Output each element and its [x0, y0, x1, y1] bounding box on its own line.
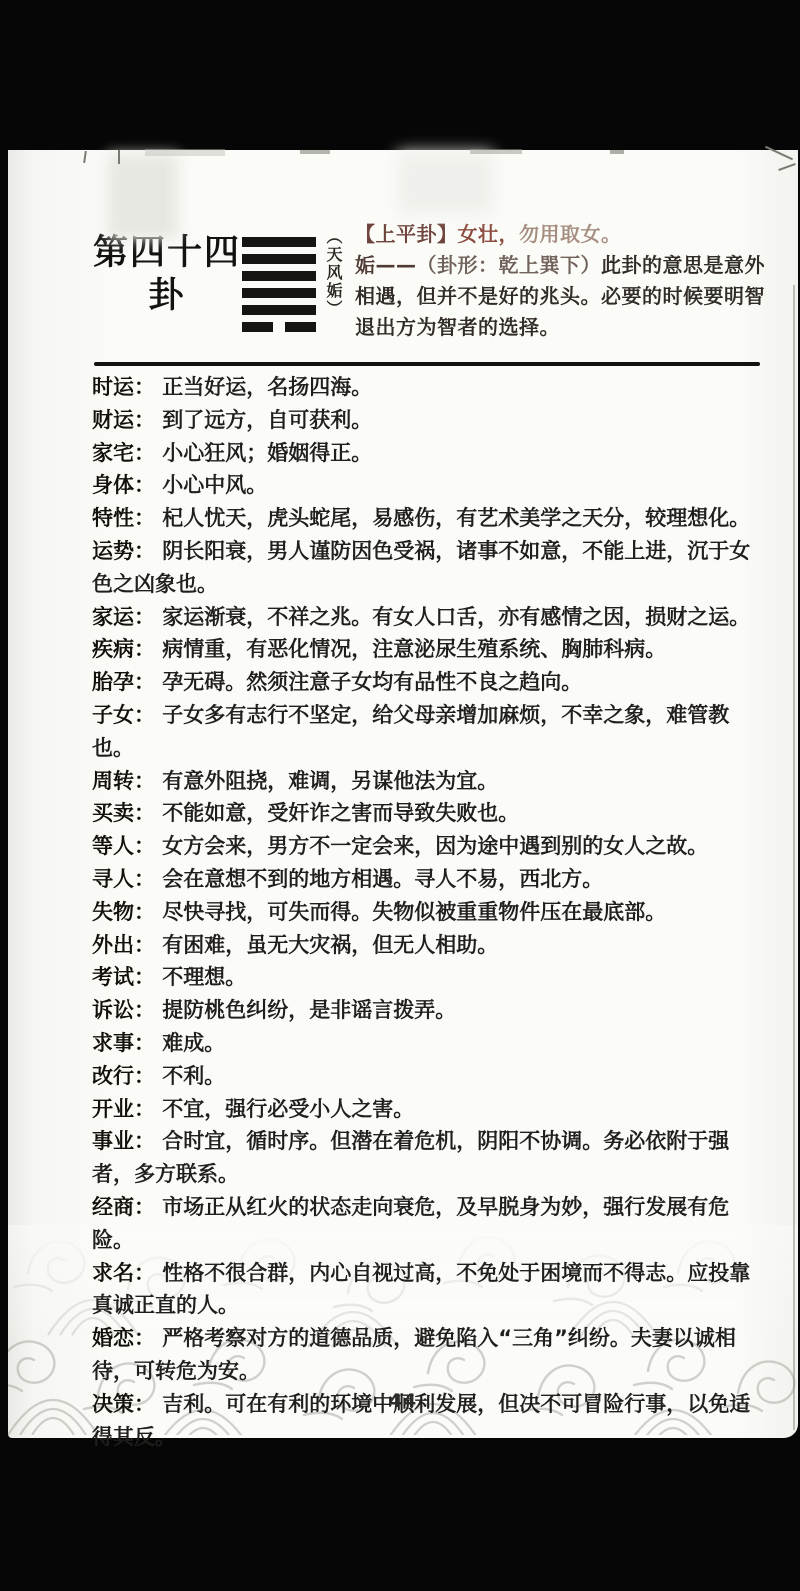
header-divider-rule [94, 362, 760, 366]
entry-row: 家运： 家运渐衰，不祥之兆。有女人口舌，亦有感情之因，损财之运。 [92, 601, 760, 634]
hexagram-line-yin [242, 322, 316, 332]
entry-text: 小心中风。 [155, 473, 267, 497]
entry-text: 杞人忧天，虎头蛇尾，易感伤，有艺术美学之天分，较理想化。 [155, 506, 750, 530]
entry-text: 家运渐衰，不祥之兆。有女人口舌，亦有感情之因，损财之运。 [155, 605, 750, 629]
entry-label: 家运： [92, 605, 155, 629]
entry-label: 子女： [92, 703, 155, 727]
entry-label: 等人： [92, 834, 155, 858]
entry-label: 周转： [92, 769, 155, 793]
entry-text: 市场正从红火的状态走向衰危，及早脱身为妙，强行发展有危险。 [92, 1195, 729, 1252]
entry-text: 难成。 [155, 1031, 225, 1055]
entry-text: 不利。 [155, 1064, 225, 1088]
entry-text: 性格不很合群，内心自视过高，不免处于困境而不得志。应投靠真诚正直的人。 [92, 1261, 750, 1318]
scan-artifact [118, 150, 120, 164]
entry-row: 子女： 子女多有志行不坚定，给父母亲增加麻烦，不幸之象，难管教也。 [92, 699, 760, 765]
hexagram-name-vertical: （天风姤） [322, 228, 345, 348]
hexagram-symbol [242, 237, 316, 339]
entry-label: 财运： [92, 408, 155, 432]
oracle-text-faded: 勿用取女。 [519, 222, 622, 246]
entry-label: 开业： [92, 1097, 155, 1121]
entry-row: 婚恋： 严格考察对方的道德品质，避免陷入“三角”纠纷。夫妻以诚相待，可转危为安。 [92, 1322, 760, 1388]
entry-label: 寻人： [92, 867, 155, 891]
entry-text: 不能如意，受奸诈之害而导致失败也。 [155, 801, 519, 825]
entry-text: 小心狂风；婚姻得正。 [155, 441, 372, 465]
entry-row: 求事： 难成。 [92, 1027, 760, 1060]
entry-row: 改行： 不利。 [92, 1060, 760, 1093]
chapter-title: 第四十四 卦 [92, 232, 242, 318]
entry-row: 等人： 女方会来，男方不一定会来，因为途中遇到别的女人之故。 [92, 830, 760, 863]
entry-label: 事业： [92, 1129, 155, 1153]
entry-text: 病情重，有恶化情况，注意泌尿生殖系统、胸肺科病。 [155, 637, 666, 661]
scanned-book-page: 第四十四 卦 （天风姤） 【上平卦】女壮，勿用取女。 姤——（卦形：乾上巽下）此… [0, 0, 800, 1591]
entry-row: 开业： 不宜，强行必受小人之害。 [92, 1093, 760, 1126]
entry-label: 求名： [92, 1261, 155, 1285]
entry-text: 阴长阳衰，男人谨防因色受祸，诸事不如意，不能上进，沉于女色之凶象也。 [92, 539, 750, 596]
entry-row: 诉讼： 提防桃色纠纷，是非谣言拨弄。 [92, 994, 760, 1027]
paper-sheet: 第四十四 卦 （天风姤） 【上平卦】女壮，勿用取女。 姤——（卦形：乾上巽下）此… [8, 150, 798, 1438]
entry-row: 财运： 到了远方，自可获利。 [92, 404, 760, 437]
entry-label: 运势： [92, 539, 155, 563]
entry-row: 胎孕： 孕无碍。然须注意子女均有品性不良之趋向。 [92, 666, 760, 699]
entry-row: 求名： 性格不很合群，内心自视过高，不免处于困境而不得志。应投靠真诚正直的人。 [92, 1257, 760, 1323]
entry-text: 提防桃色纠纷，是非谣言拨弄。 [155, 998, 456, 1022]
entry-label: 求事： [92, 1031, 155, 1055]
hexagram-line-yang [242, 288, 316, 298]
hexagram-line-yang [242, 271, 316, 281]
hexagram-line-yang [242, 237, 316, 247]
entry-row: 周转： 有意外阻挠，难调，另谋他法为宜。 [92, 765, 760, 798]
entry-text: 会在意想不到的地方相遇。寻人不易，西北方。 [155, 867, 603, 891]
entry-row: 家宅： 小心狂风；婚姻得正。 [92, 437, 760, 470]
entry-row: 考试： 不理想。 [92, 961, 760, 994]
entry-row: 特性： 杞人忧天，虎头蛇尾，易感伤，有艺术美学之天分，较理想化。 [92, 502, 760, 535]
entry-row: 疾病： 病情重，有恶化情况，注意泌尿生殖系统、胸肺科病。 [92, 633, 760, 666]
entry-label: 婚恋： [92, 1326, 155, 1350]
oracle-line: 【上平卦】女壮，勿用取女。 [355, 218, 771, 247]
scan-smudge [108, 154, 178, 239]
entry-label: 考试： [92, 965, 155, 989]
entry-label: 家宅： [92, 441, 155, 465]
entry-row: 失物： 尽快寻找，可失而得。失物似被重重物件压在最底部。 [92, 896, 760, 929]
scan-artifact [300, 150, 330, 154]
scan-artifact [145, 149, 225, 156]
classification-tag: 【上平卦】 [355, 222, 458, 246]
entry-row: 身体： 小心中风。 [92, 469, 760, 502]
entry-text: 尽快寻找，可失而得。失物似被重重物件压在最底部。 [155, 900, 666, 924]
entry-row: 经商： 市场正从红火的状态走向衰危，及早脱身为妙，强行发展有危险。 [92, 1191, 760, 1257]
entry-label: 外出： [92, 933, 155, 957]
entry-text: 有困难，虽无大灾祸，但无人相助。 [155, 933, 498, 957]
scan-artifact [610, 150, 624, 154]
entry-text: 孕无碍。然须注意子女均有品性不良之趋向。 [155, 670, 582, 694]
entry-label: 特性： [92, 506, 155, 530]
entry-text: 子女多有志行不坚定，给父母亲增加麻烦，不幸之象，难管教也。 [92, 703, 729, 760]
hexagram-line-yang [242, 254, 316, 264]
entry-text: 不宜，强行必受小人之害。 [155, 1097, 414, 1121]
entry-row: 外出： 有困难，虽无大灾祸，但无人相助。 [92, 929, 760, 962]
entry-text: 合时宜，循时序。但潜在着危机，阴阳不协调。务必依附于强者，多方联系。 [92, 1129, 729, 1186]
entry-text: 到了远方，自可获利。 [155, 408, 372, 432]
entry-label: 诉讼： [92, 998, 155, 1022]
entries-list: 时运： 正当好运，名扬四海。财运： 到了远方，自可获利。家宅： 小心狂风；婚姻得… [92, 371, 760, 1453]
page-edge-shadow [793, 285, 795, 1430]
entry-row: 买卖： 不能如意，受奸诈之害而导致失败也。 [92, 797, 760, 830]
entry-row: 寻人： 会在意想不到的地方相遇。寻人不易，西北方。 [92, 863, 760, 896]
entry-text: 有意外阻挠，难调，另谋他法为宜。 [155, 769, 498, 793]
entry-text: 不理想。 [155, 965, 246, 989]
description-form: （卦形：乾上巽下） [417, 253, 602, 277]
entry-row: 运势： 阴长阳衰，男人谨防因色受祸，诸事不如意，不能上进，沉于女色之凶象也。 [92, 535, 760, 601]
page-number: 44 [8, 1390, 798, 1412]
entry-row: 时运： 正当好运，名扬四海。 [92, 371, 760, 404]
entry-label: 时运： [92, 375, 155, 399]
hexagram-line-yang [242, 305, 316, 315]
entry-label: 改行： [92, 1064, 155, 1088]
chapter-title-line2: 卦 [92, 275, 242, 318]
entry-text: 严格考察对方的道德品质，避免陷入“三角”纠纷。夫妻以诚相待，可转危为安。 [92, 1326, 736, 1383]
hexagram-description: 姤——（卦形：乾上巽下）此卦的意思是意外相遇，但并不是好的兆头。必要的时候要明智… [355, 250, 771, 343]
entry-text: 正当好运，名扬四海。 [155, 375, 372, 399]
hexagram-intro: 【上平卦】女壮，勿用取女。 姤——（卦形：乾上巽下）此卦的意思是意外相遇，但并不… [355, 218, 771, 343]
entry-label: 胎孕： [92, 670, 155, 694]
scan-artifact [470, 149, 522, 154]
entry-row: 事业： 合时宜，循时序。但潜在着危机，阴阳不协调。务必依附于强者，多方联系。 [92, 1125, 760, 1191]
entry-label: 身体： [92, 473, 155, 497]
entry-text: 女方会来，男方不一定会来，因为途中遇到别的女人之故。 [155, 834, 708, 858]
oracle-text: 女壮， [458, 222, 520, 246]
entry-label: 疾病： [92, 637, 155, 661]
entry-label: 失物： [92, 900, 155, 924]
entry-label: 经商： [92, 1195, 155, 1219]
entry-label: 买卖： [92, 801, 155, 825]
scan-smudge [398, 152, 493, 214]
description-lead: 姤—— [355, 253, 417, 277]
